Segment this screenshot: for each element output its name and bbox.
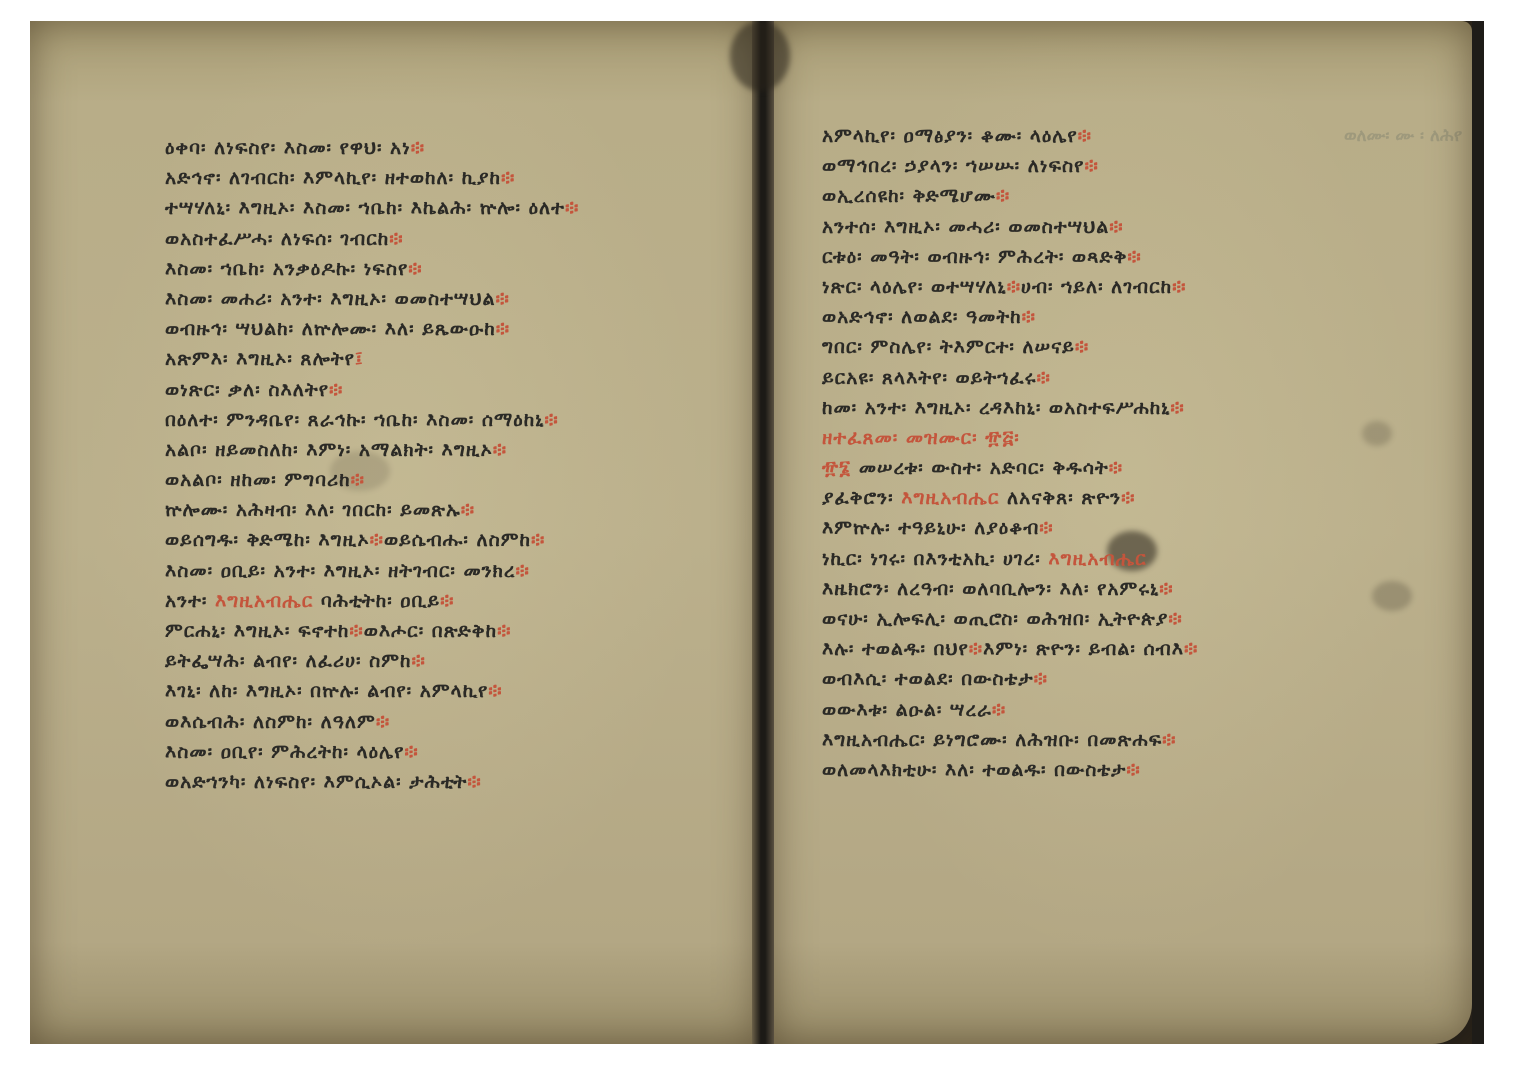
rubric-text: ፨ <box>376 711 390 733</box>
ink-text: እምኵሉ፡ ተዓይኒሁ፡ ለያዕቆብ <box>822 517 1039 539</box>
ink-text: ያፈቅሮን፡ <box>822 487 901 509</box>
text-line: ወብዙኅ፡ ሣህልከ፡ ለኵሎሙ፡ እለ፡ ይጼውዑከ፨ <box>165 314 745 344</box>
rubric-text: ፨ <box>1127 246 1141 268</box>
rubric-text: ዘተፈጸመ፡ መዝሙር፡ ፹፭፡ <box>822 427 1020 449</box>
rubric-text: ፨ <box>516 560 530 582</box>
ink-text: ነጽር፡ ላዕሌየ፡ ወተሣሃለኒ <box>822 276 1007 298</box>
ink-text: አልቦ፡ ዘይመስለከ፡ እምነ፡ አማልክት፡ እግዚኦ <box>165 439 493 461</box>
ink-text: እስመ፡ ዐቢየ፡ ምሕረትከ፡ ላዕሌየ <box>165 741 404 763</box>
ink-text: ወውእቱ፡ ልዑል፡ ሣረራ <box>822 699 992 721</box>
rubric-text: ፨ <box>1172 276 1186 298</box>
rubric-text: ፨ <box>349 620 363 642</box>
ink-text: ወእሖር፡ በጽድቅከ <box>364 620 497 642</box>
rubric-text: ፨ <box>501 167 515 189</box>
text-line: ይርአዩ፡ ጸላእትየ፡ ወይትኀፈሩ፨ <box>822 363 1382 393</box>
ink-text: ባሕቲትከ፡ ዐቢይ <box>313 590 440 612</box>
ink-text: ምርሐኒ፡ እግዚኦ፡ ፍኖተከ <box>165 620 349 642</box>
rubric-text: ፨ <box>412 650 426 672</box>
text-line: አጽምእ፡ እግዚኦ፡ ጸሎትየ፤ <box>165 344 745 374</box>
text-line: አልቦ፡ ዘይመስለከ፡ እምነ፡ አማልክት፡ እግዚኦ፨ <box>165 435 745 465</box>
ink-text: እምነ፡ ጽዮን፡ ይብል፡ ሰብእ <box>983 638 1184 660</box>
left-page-text: ዕቀባ፡ ለነፍስየ፡ እስመ፡ የዋህ፡ አነ፨አድኅኖ፡ ለገብርከ፡ እም… <box>165 133 745 797</box>
rubric-text: ፨ <box>992 699 1006 721</box>
ink-text: ይርአዩ፡ ጸላእትየ፡ ወይትኀፈሩ <box>822 367 1036 389</box>
text-line: ምርሐኒ፡ እግዚኦ፡ ፍኖተከ፨ወእሖር፡ በጽድቅከ፨ <box>165 616 745 646</box>
ink-text: ዕቀባ፡ ለነፍስየ፡ እስመ፡ የዋህ፡ አነ <box>165 137 411 159</box>
ink-text: ወናሁ፡ ኢሎፍሊ፡ ወጢሮስ፡ ወሕዝበ፡ ኢትዮጵያ <box>822 608 1168 630</box>
rubric-text: እግዚአብሔር <box>215 590 313 612</box>
rubric-text: ፨ <box>1159 578 1173 600</box>
text-line: እስመ፡ ኀቤከ፡ አንቃዕዶኩ፡ ነፍስየ፨ <box>165 254 745 284</box>
ink-text: ተሣሃለኒ፡ እግዚኦ፡ እስመ፡ ኀቤከ፡ እኬልሕ፡ ኵሎ፡ ዕለተ <box>165 197 565 219</box>
text-line: ወብእሲ፡ ተወልደ፡ በውስቴታ፨ <box>822 664 1382 694</box>
rubric-text: ፨ <box>497 620 511 642</box>
rubric-text: ፹፮ <box>822 457 851 479</box>
text-line: ዕቀባ፡ ለነፍስየ፡ እስመ፡ የዋህ፡ አነ፨ <box>165 133 745 163</box>
rubric-text: ፨ <box>1084 155 1098 177</box>
ink-text: እግዚአብሔር፡ ይነግሮሙ፡ ለሕዝቡ፡ በመጽሐፍ <box>822 729 1162 751</box>
text-line: ወማኅበረ፡ ኃያላን፡ ኀሠሡ፡ ለነፍስየ፨ <box>822 151 1382 181</box>
ink-text: እስመ፡ ኀቤከ፡ አንቃዕዶኩ፡ ነፍስየ <box>165 258 408 280</box>
rubric-text: ፨ <box>1036 367 1050 389</box>
text-line: ፹፮ መሠረቱ፡ ውስተ፡ አድባር፡ ቅዱሳት፨ <box>822 453 1382 483</box>
rubric-text: ፨ <box>1034 668 1048 690</box>
rubric-text: ፨ <box>411 137 425 159</box>
text-line: አምላኪየ፡ ዐማፅያን፡ ቆሙ፡ ላዕሌየ፨ <box>822 121 1382 151</box>
ink-text: ርቱዕ፡ መዓት፡ ወብዙኅ፡ ምሕረት፡ ወጻድቅ <box>822 246 1127 268</box>
rubric-text: ፨ <box>1022 306 1036 328</box>
ink-text: ይትፌሣሕ፡ ልብየ፡ ለፈሪሀ፡ ስምከ <box>165 650 412 672</box>
manuscript-photo: ዕቀባ፡ ለነፍስየ፡ እስመ፡ የዋህ፡ አነ፨አድኅኖ፡ ለገብርከ፡ እም… <box>30 21 1484 1044</box>
rubric-text: ፨ <box>461 499 475 521</box>
rubric-text: ፨ <box>1075 336 1089 358</box>
rubric-text: ፨ <box>969 638 983 660</box>
rubric-text: ፨ <box>1039 517 1053 539</box>
text-line: ከመ፡ አንተ፡ እግዚኦ፡ ረዳእከኒ፡ ወአስተፍሥሐከኒ፨ <box>822 393 1382 423</box>
text-line: ወአድኀንካ፡ ለነፍስየ፡ እምሲኦል፡ ታሕቲት፨ <box>165 767 745 797</box>
ink-text: ወብዙኅ፡ ሣህልከ፡ ለኵሎሙ፡ እለ፡ ይጼውዑከ <box>165 318 496 340</box>
rubric-text: ፨ <box>440 590 454 612</box>
ink-text: ወአድኅኖ፡ ለወልደ፡ ዓመትከ <box>822 306 1022 328</box>
rubric-text: ፨ <box>1121 487 1135 509</box>
right-page: ወለሙ፡ ሙ ፡ ለሕየ ፡ ፡ ላ ፡ ነ ፡ ኪ ፡ ሰ ፡ ቀ ፡ ዐ ፡… <box>772 21 1472 1044</box>
text-line: እምኵሉ፡ ተዓይኒሁ፡ ለያዕቆብ፨ <box>822 513 1382 543</box>
ink-text: ወይሰግዱ፡ ቅድሜከ፡ እግዚኦ <box>165 529 370 551</box>
text-line: እግዚአብሔር፡ ይነግሮሙ፡ ለሕዝቡ፡ በመጽሐፍ፨ <box>822 725 1382 755</box>
text-line: አድኅኖ፡ ለገብርከ፡ እምላኪየ፡ ዘተወከለ፡ ኪያከ፨ <box>165 163 745 193</box>
rubric-text: ፨ <box>370 529 384 551</box>
left-page: ዕቀባ፡ ለነፍስየ፡ እስመ፡ የዋህ፡ አነ፨አድኅኖ፡ ለገብርከ፡ እም… <box>30 21 758 1044</box>
text-line: ነኪር፡ ነገሩ፡ በእንቲአኪ፡ ሀገረ፡ እግዚአብሔር <box>822 544 1382 574</box>
rubric-text: ፨ <box>329 379 343 401</box>
text-line: ኵሎሙ፡ አሕዛብ፡ እለ፡ ገበርከ፡ ይመጽኡ፨ <box>165 495 745 525</box>
ink-text: ወአስተፈሥሓ፡ ለነፍሰ፡ ገብርከ <box>165 228 389 250</box>
ink-text: አጽምእ፡ እግዚኦ፡ ጸሎትየ <box>165 348 355 370</box>
ink-text: ከመ፡ አንተ፡ እግዚኦ፡ ረዳእከኒ፡ ወአስተፍሥሐከኒ <box>822 397 1170 419</box>
right-page-text: አምላኪየ፡ ዐማፅያን፡ ቆሙ፡ ላዕሌየ፨ወማኅበረ፡ ኃያላን፡ ኀሠሡ፡… <box>822 121 1382 785</box>
rubric-text: ፨ <box>531 529 545 551</box>
text-line: ወአልቦ፡ ዘከመ፡ ምግባሪከ፨ <box>165 465 745 495</box>
rubric-text: ፨ <box>1109 216 1123 238</box>
ink-text: ወብእሲ፡ ተወልደ፡ በውስቴታ <box>822 668 1034 690</box>
rubric-text: ፨ <box>351 469 365 491</box>
text-line: ወአስተፈሥሓ፡ ለነፍሰ፡ ገብርከ፨ <box>165 224 745 254</box>
text-line: ወእሴብሕ፡ ለስምከ፡ ለዓለም፨ <box>165 707 745 737</box>
text-line: ወይሰግዱ፡ ቅድሜከ፡ እግዚኦ፨ወይሴብሑ፡ ለስምከ፨ <box>165 525 745 555</box>
ink-text: በዕለተ፡ ምንዳቤየ፡ ጸራኅኩ፡ ኀቤከ፡ እስመ፡ ሰማዕከኒ <box>165 409 544 431</box>
ink-text: ወኢረሰዩከ፡ ቅድሜሆሙ <box>822 185 996 207</box>
text-line: እስመ፡ መሐሪ፡ አንተ፡ እግዚኦ፡ ወመስተሣህል፨ <box>165 284 745 314</box>
ink-text: እስመ፡ መሐሪ፡ አንተ፡ እግዚኦ፡ ወመስተሣህል <box>165 288 496 310</box>
rubric-text: ፨ <box>408 258 422 280</box>
ink-text: ለአናቅጸ፡ ጽዮን <box>999 487 1121 509</box>
text-line: በዕለተ፡ ምንዳቤየ፡ ጸራኅኩ፡ ኀቤከ፡ እስመ፡ ሰማዕከኒ፨ <box>165 405 745 435</box>
text-line: እስመ፡ ዐቢይ፡ አንተ፡ እግዚኦ፡ ዘትገብር፡ መንክረ፨ <box>165 556 745 586</box>
book-spine <box>752 21 774 1044</box>
ink-text: ሀብ፡ ኀይለ፡ ለገብርከ <box>1021 276 1172 298</box>
text-line: ዘተፈጸመ፡ መዝሙር፡ ፹፭፡ <box>822 423 1382 453</box>
text-line: ተሣሃለኒ፡ እግዚኦ፡ እስመ፡ ኀቤከ፡ እኬልሕ፡ ኵሎ፡ ዕለተ፨ <box>165 193 745 223</box>
rubric-text: ፨ <box>389 228 403 250</box>
text-line: እገኒ፡ ለከ፡ እግዚኦ፡ በኵሉ፡ ልብየ፡ አምላኪየ፨ <box>165 676 745 706</box>
text-line: ወኢረሰዩከ፡ ቅድሜሆሙ፨ <box>822 181 1382 211</box>
ink-text: እስመ፡ ዐቢይ፡ አንተ፡ እግዚኦ፡ ዘትገብር፡ መንክረ <box>165 560 516 582</box>
text-line: ወውእቱ፡ ልዑል፡ ሣረራ፨ <box>822 695 1382 725</box>
rubric-text: ፨ <box>1007 276 1021 298</box>
ink-text: እሉ፡ ተወልዱ፡ በህየ <box>822 638 969 660</box>
rubric-text: ፨ <box>467 771 481 793</box>
rubric-text: ፨ <box>1170 397 1184 419</box>
rubric-text: ፨ <box>493 439 507 461</box>
ink-text: ወእሴብሕ፡ ለስምከ፡ ለዓለም <box>165 711 376 733</box>
rubric-text: እግዚአብሔር <box>1048 548 1146 570</box>
ink-text: ወነጽር፡ ቃለ፡ ስእለትየ <box>165 379 329 401</box>
rubric-text: ፨ <box>565 197 579 219</box>
ink-text: ኵሎሙ፡ አሕዛብ፡ እለ፡ ገበርከ፡ ይመጽኡ <box>165 499 461 521</box>
ink-text: ነኪር፡ ነገሩ፡ በእንቲአኪ፡ ሀገረ፡ <box>822 548 1048 570</box>
text-line: ግበር፡ ምስሌየ፡ ትእምርተ፡ ለሠናይ፨ <box>822 332 1382 362</box>
rubric-text: ፨ <box>1126 759 1140 781</box>
text-line: እዜክሮን፡ ለረዓብ፡ ወለባቢሎን፡ እለ፡ የአምሩኒ፨ <box>822 574 1382 604</box>
rubric-text: ፨ <box>1162 729 1176 751</box>
rubric-text: ፨ <box>488 680 502 702</box>
rubric-text: ፤ <box>355 348 364 370</box>
ink-text: እዜክሮን፡ ለረዓብ፡ ወለባቢሎን፡ እለ፡ የአምሩኒ <box>822 578 1159 600</box>
rubric-text: ፨ <box>544 409 558 431</box>
ink-text: ግበር፡ ምስሌየ፡ ትእምርተ፡ ለሠናይ <box>822 336 1075 358</box>
ink-text: ወይሴብሑ፡ ለስምከ <box>384 529 531 551</box>
ink-text: አንተሰ፡ እግዚኦ፡ መሓሪ፡ ወመስተሣህል <box>822 216 1109 238</box>
ink-text: ወአድኀንካ፡ ለነፍስየ፡ እምሲኦል፡ ታሕቲት <box>165 771 467 793</box>
text-line: ይትፌሣሕ፡ ልብየ፡ ለፈሪሀ፡ ስምከ፨ <box>165 646 745 676</box>
ink-text: አምላኪየ፡ ዐማፅያን፡ ቆሙ፡ ላዕሌየ <box>822 125 1078 147</box>
rubric-text: ፨ <box>1078 125 1092 147</box>
rubric-text: ፨ <box>1184 638 1198 660</box>
text-line: ወናሁ፡ ኢሎፍሊ፡ ወጢሮስ፡ ወሕዝበ፡ ኢትዮጵያ፨ <box>822 604 1382 634</box>
spine-stain <box>730 21 790 91</box>
text-line: ወለመላእክቲሁ፡ እለ፡ ተወልዱ፡ በውስቴታ፨ <box>822 755 1382 785</box>
rubric-text: ፨ <box>1109 457 1123 479</box>
text-line: ወአድኅኖ፡ ለወልደ፡ ዓመትከ፨ <box>822 302 1382 332</box>
ink-text: አንተ፡ <box>165 590 215 612</box>
rubric-text: እግዚአብሔር <box>901 487 999 509</box>
ink-text: መሠረቱ፡ ውስተ፡ አድባር፡ ቅዱሳት <box>851 457 1109 479</box>
ink-text: ወለመላእክቲሁ፡ እለ፡ ተወልዱ፡ በውስቴታ <box>822 759 1126 781</box>
text-line: ወነጽር፡ ቃለ፡ ስእለትየ፨ <box>165 375 745 405</box>
rubric-text: ፨ <box>496 318 510 340</box>
ink-text: እገኒ፡ ለከ፡ እግዚኦ፡ በኵሉ፡ ልብየ፡ አምላኪየ <box>165 680 488 702</box>
rubric-text: ፨ <box>996 185 1010 207</box>
rubric-text: ፨ <box>1168 608 1182 630</box>
text-line: ርቱዕ፡ መዓት፡ ወብዙኅ፡ ምሕረት፡ ወጻድቅ፨ <box>822 242 1382 272</box>
text-line: እስመ፡ ዐቢየ፡ ምሕረትከ፡ ላዕሌየ፨ <box>165 737 745 767</box>
rubric-text: ፨ <box>404 741 418 763</box>
rubric-text: ፨ <box>496 288 510 310</box>
text-line: አንተሰ፡ እግዚኦ፡ መሓሪ፡ ወመስተሣህል፨ <box>822 212 1382 242</box>
text-line: ነጽር፡ ላዕሌየ፡ ወተሣሃለኒ፨ሀብ፡ ኀይለ፡ ለገብርከ፨ <box>822 272 1382 302</box>
text-line: እሉ፡ ተወልዱ፡ በህየ፨እምነ፡ ጽዮን፡ ይብል፡ ሰብእ፨ <box>822 634 1382 664</box>
text-line: አንተ፡ እግዚአብሔር ባሕቲትከ፡ ዐቢይ፨ <box>165 586 745 616</box>
ink-text: ወማኅበረ፡ ኃያላን፡ ኀሠሡ፡ ለነፍስየ <box>822 155 1084 177</box>
text-line: ያፈቅሮን፡ እግዚአብሔር ለአናቅጸ፡ ጽዮን፨ <box>822 483 1382 513</box>
ink-text: አድኅኖ፡ ለገብርከ፡ እምላኪየ፡ ዘተወከለ፡ ኪያከ <box>165 167 501 189</box>
ink-text: ወአልቦ፡ ዘከመ፡ ምግባሪከ <box>165 469 351 491</box>
